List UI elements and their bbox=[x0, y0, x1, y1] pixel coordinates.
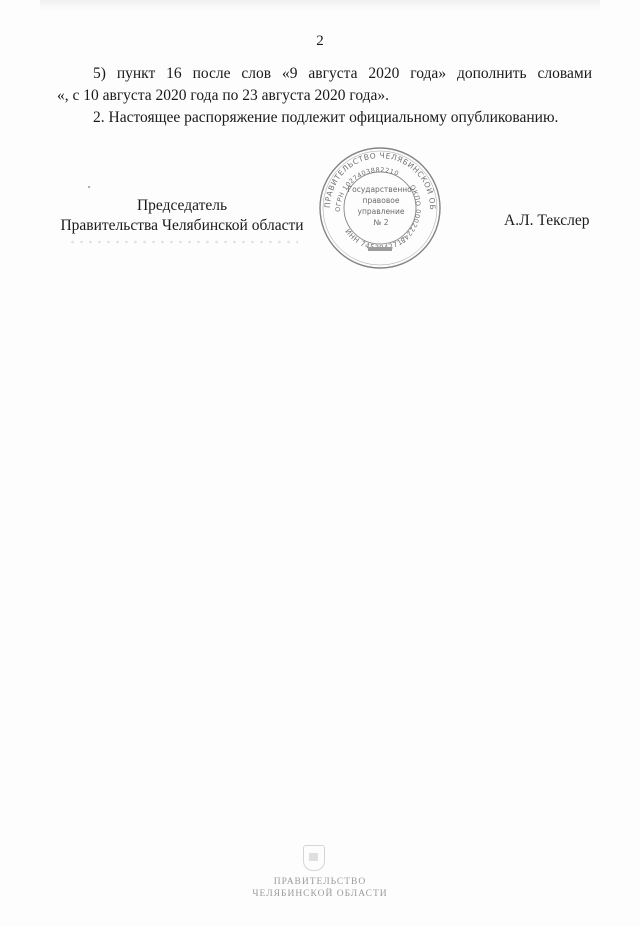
coat-of-arms-icon bbox=[303, 845, 325, 871]
document-body: 5) пункт 16 после слов «9 августа 2020 г… bbox=[57, 63, 592, 129]
paragraph-item5-line2: «, с 10 августа 2020 года по 23 августа … bbox=[57, 85, 592, 107]
footer-line1: ПРАВИТЕЛЬСТВО bbox=[0, 876, 640, 888]
signatory-name: А.Л. Текслер bbox=[504, 212, 589, 230]
signatory-title-line1: Председатель bbox=[57, 196, 307, 216]
scan-speck bbox=[88, 186, 90, 188]
footer-watermark: ПРАВИТЕЛЬСТВО ЧЕЛЯБИНСКОЙ ОБЛАСТИ bbox=[0, 876, 640, 900]
stamp-center-text: Государственно- правовое управление № 2 bbox=[346, 184, 416, 228]
scan-edge-shadow bbox=[40, 0, 600, 10]
signatory-title-line2: Правительства Челябинской области bbox=[57, 216, 307, 236]
paragraph-item5-line1: 5) пункт 16 после слов «9 августа 2020 г… bbox=[57, 63, 592, 85]
faint-scan-marks bbox=[68, 240, 298, 244]
signatory-title: Председатель Правительства Челябинской о… bbox=[57, 196, 307, 236]
page-number: 2 bbox=[0, 33, 640, 50]
paragraph-item2: 2. Настоящее распоряжение подлежит офици… bbox=[57, 107, 592, 129]
footer-line2: ЧЕЛЯБИНСКОЙ ОБЛАСТИ bbox=[0, 888, 640, 900]
